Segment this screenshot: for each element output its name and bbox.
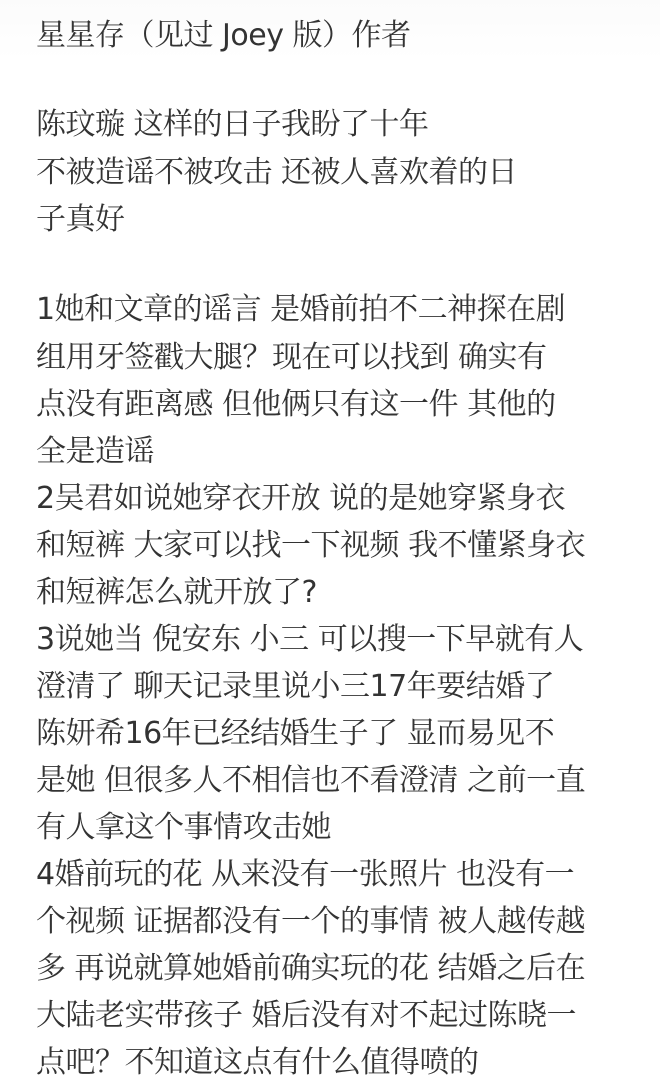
intro-line: 不被造谣不被攻击 还被人喜欢着的日	[36, 155, 517, 191]
intro-line: 子真好	[36, 202, 125, 238]
point-4-line: 个视频 证据都没有一个的事情 被人越传越	[36, 904, 585, 940]
point-4-line: 点吧？不知道这点有什么值得喷的	[36, 1045, 479, 1081]
note-header: 星星存（见过 Joey 版）作者	[36, 18, 411, 54]
point-4-line: 多 再说就算她婚前确实玩的花 结婚之后在	[36, 951, 585, 987]
point-1-line: 全是造谣	[36, 434, 154, 470]
point-1-line: 点没有距离感 但他俩只有这一件 其他的	[36, 387, 556, 423]
note-document: 星星存（见过 Joey 版）作者 陈玟璇 这样的日子我盼了十年 不被造谣不被攻击…	[0, 0, 660, 1086]
point-1-line: 组用牙签戳大腿？现在可以找到 确实有	[36, 340, 547, 376]
point-3-line: 有人拿这个事情攻击她	[36, 810, 331, 846]
point-4-line: 4婚前玩的花 从来没有一张照片 也没有一	[36, 857, 574, 893]
point-1-line: 1她和文章的谣言 是婚前拍不二神探在剧	[36, 292, 565, 328]
point-3-line: 是她 但很多人不相信也不看澄清 之前一直	[36, 763, 585, 799]
point-3-line: 陈妍希16年已经结婚生子了 显而易见不	[36, 716, 554, 752]
point-2-line: 2吴君如说她穿衣开放 说的是她穿紧身衣	[36, 481, 565, 517]
intro-line: 陈玟璇 这样的日子我盼了十年	[36, 107, 429, 143]
point-4-line: 大陆老实带孩子 婚后没有对不起过陈晓一	[36, 998, 576, 1034]
point-2-line: 和短裤 大家可以找一下视频 我不懂紧身衣	[36, 528, 585, 564]
point-3-line: 澄清了 聊天记录里说小三17年要结婚了	[36, 669, 554, 705]
point-2-line: 和短裤怎么就开放了?	[36, 575, 317, 611]
point-3-line: 3说她当 倪安东 小三 可以搜一下早就有人	[36, 622, 583, 658]
